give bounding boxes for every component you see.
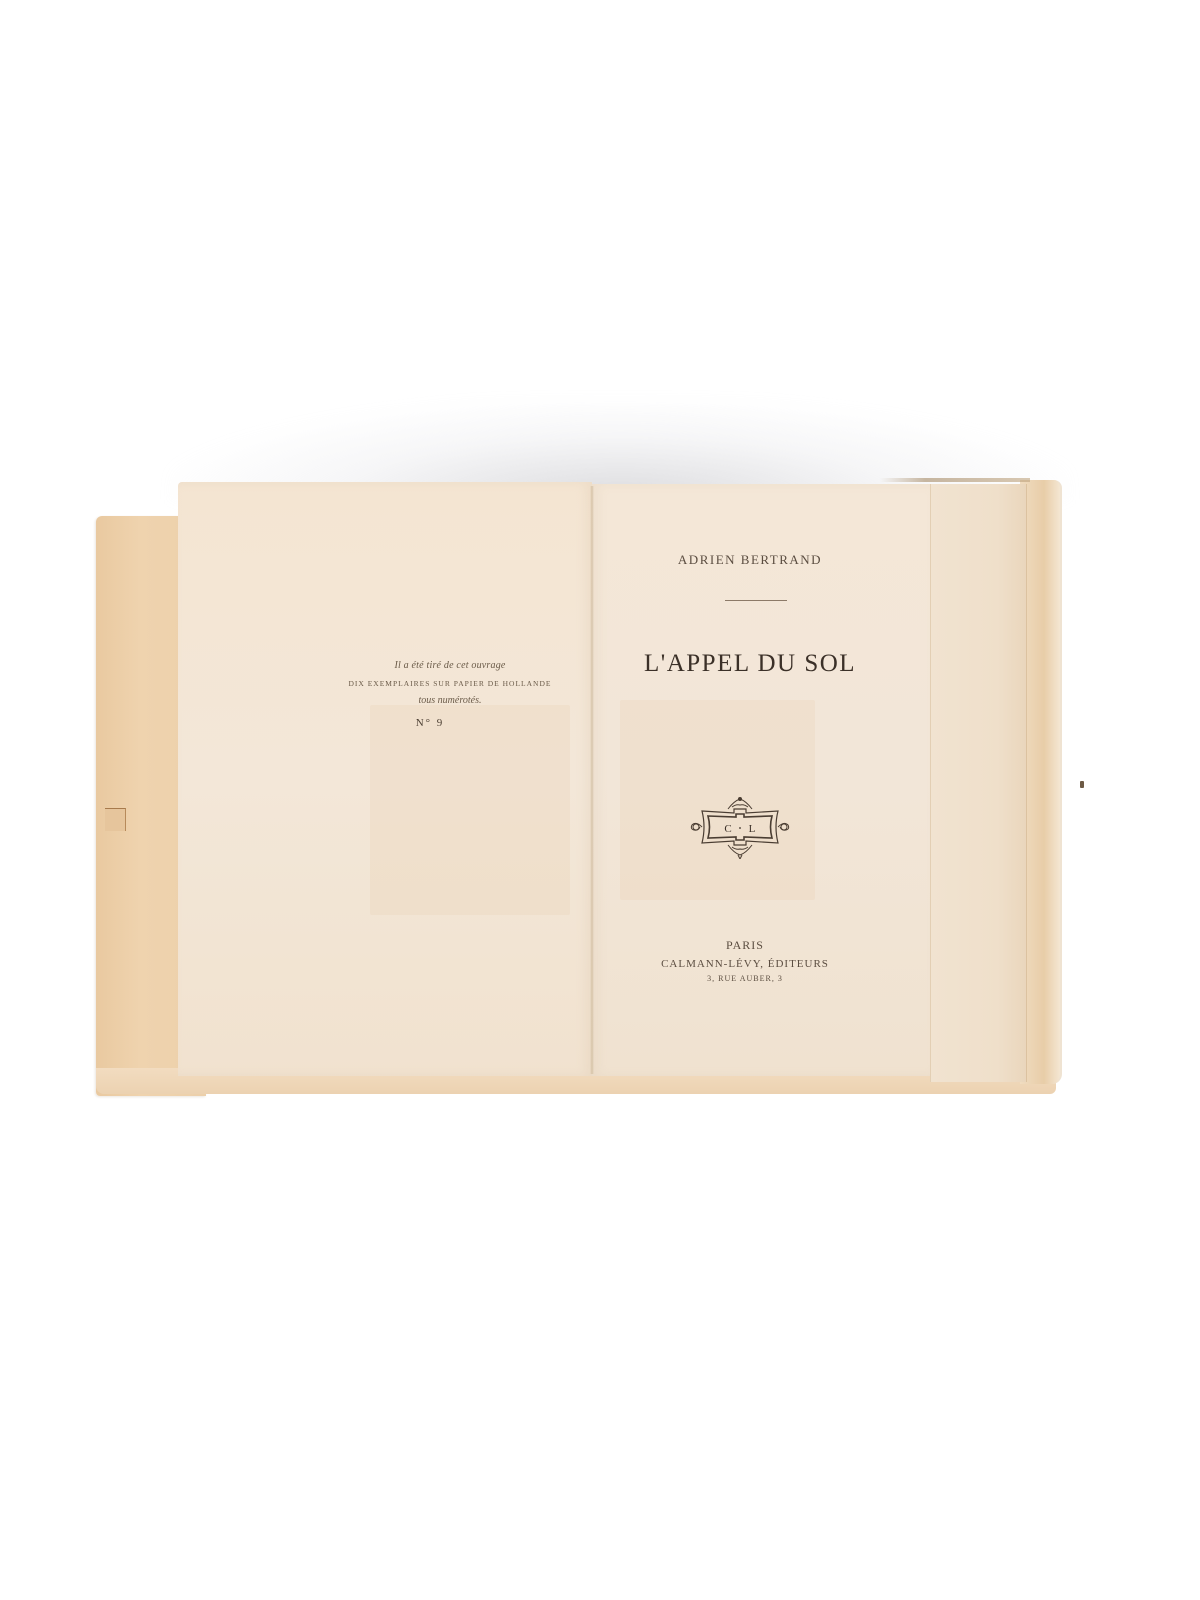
- svg-text:C: C: [724, 823, 731, 835]
- copy-number: N° 9: [340, 717, 560, 729]
- book-photo-scene: Il a été tiré de cet ouvrage DIX EXEMPLA…: [0, 0, 1200, 1600]
- page-block-edge: [930, 484, 1027, 1082]
- svg-text:L: L: [749, 823, 756, 835]
- cover-tear: [105, 808, 126, 831]
- imprint-address: 3, rue Auber, 3: [620, 974, 870, 983]
- publisher-imprint: PARIS CALMANN-LÉVY, ÉDITEURS 3, rue Aube…: [620, 938, 870, 983]
- page-block-top-edge: [880, 478, 1030, 482]
- limitation-line-2: DIX EXEMPLAIRES SUR PAPIER DE HOLLANDE: [340, 679, 560, 688]
- imprint-city: PARIS: [620, 938, 870, 953]
- book-gutter: [590, 486, 594, 1074]
- author-name: ADRIEN BERTRAND: [600, 552, 900, 568]
- book-title: L'APPEL DU SOL: [600, 650, 900, 678]
- limitation-line-1: Il a été tiré de cet ouvrage: [340, 660, 560, 671]
- publisher-monogram-icon: C L: [688, 795, 792, 859]
- title-rule-divider: [725, 600, 787, 601]
- limitation-line-3: tous numérotés.: [340, 695, 560, 706]
- imprint-publisher: CALMANN-LÉVY, ÉDITEURS: [620, 958, 870, 970]
- limitation-statement: Il a été tiré de cet ouvrage DIX EXEMPLA…: [340, 660, 560, 729]
- offset-ghost-panel-left: [370, 705, 570, 915]
- binding-thread-mark: [1080, 781, 1084, 788]
